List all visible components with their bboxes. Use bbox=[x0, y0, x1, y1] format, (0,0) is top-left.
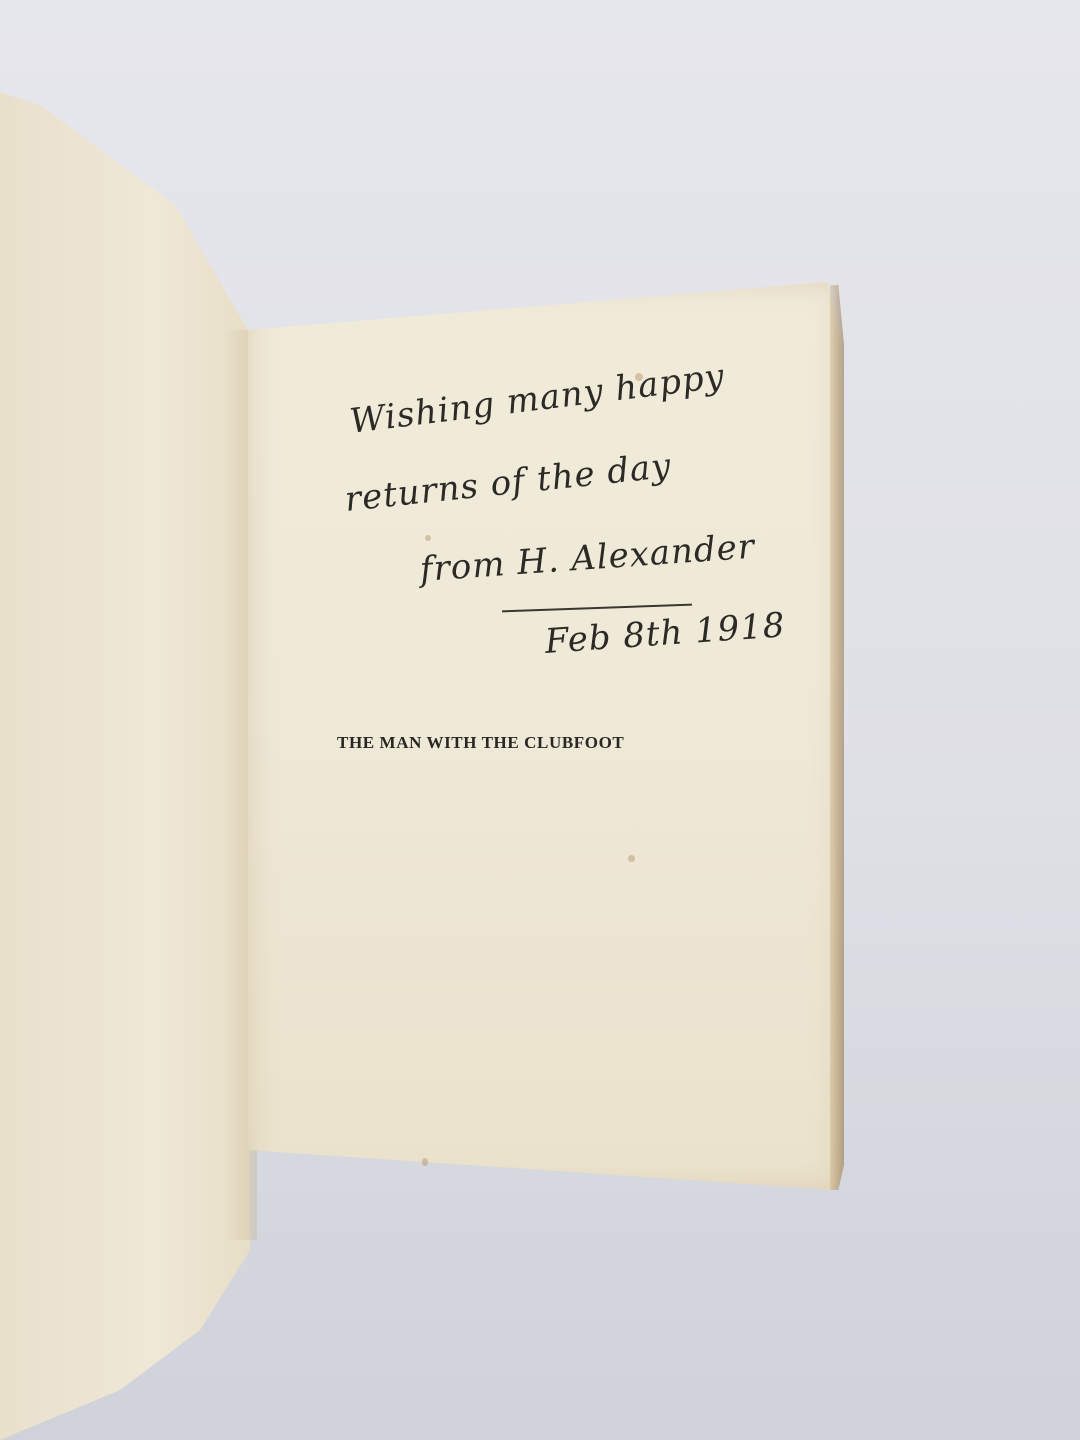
inscription-signature: from H. Alexander bbox=[419, 527, 757, 590]
left-endpaper bbox=[0, 0, 260, 1440]
book-title: THE MAN WITH THE CLUBFOOT bbox=[337, 733, 717, 753]
inscription-line: returns of the day bbox=[343, 446, 673, 520]
page-edge bbox=[830, 285, 844, 1190]
handwritten-inscription: Wishing many happy returns of the day fr… bbox=[330, 380, 830, 680]
foxing-spot bbox=[422, 1158, 428, 1166]
foxing-spot bbox=[628, 855, 635, 862]
signature-underline bbox=[502, 604, 692, 613]
inscription-date: Feb 8th 1918 bbox=[544, 605, 787, 662]
